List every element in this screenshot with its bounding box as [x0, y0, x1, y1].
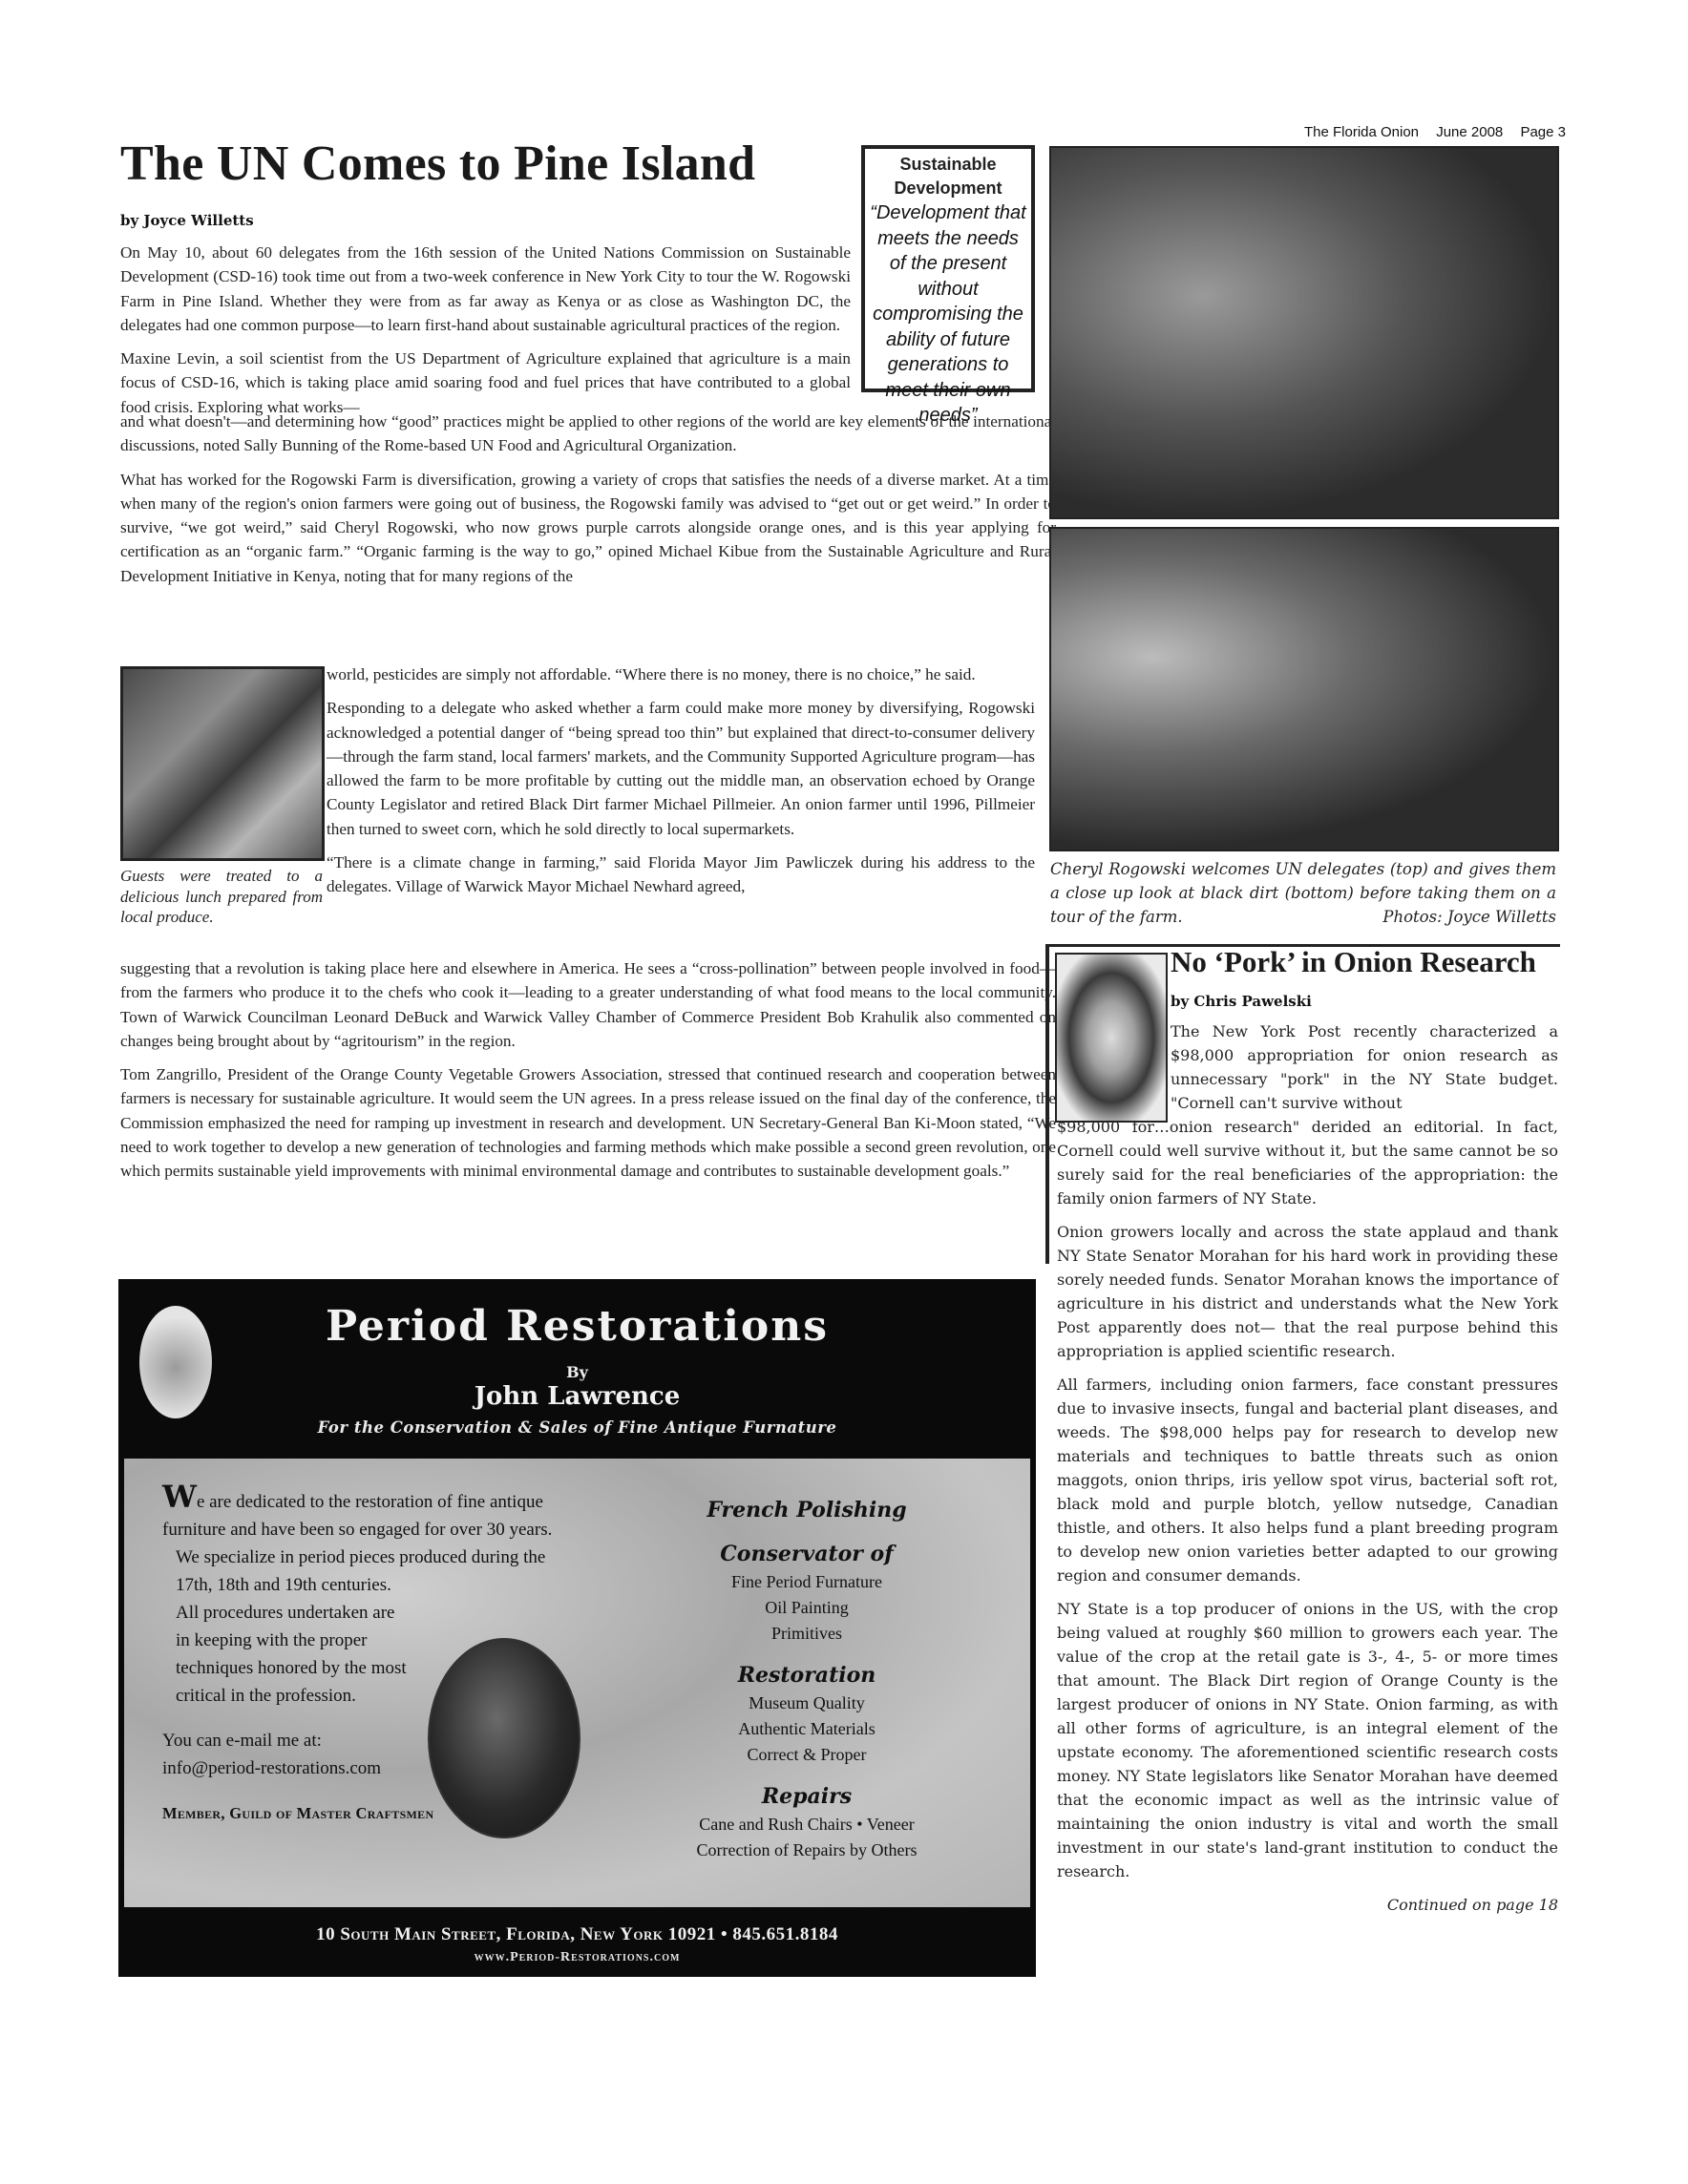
service-item: Fine Period Furnature	[601, 1569, 1012, 1595]
service-group: Repairs Cane and Rush Chairs • Veneer Co…	[601, 1781, 1012, 1863]
article-paragraph: On May 10, about 60 delegates from the 1…	[120, 241, 851, 337]
page-header: The Florida Onion June 2008 Page 3	[1279, 124, 1566, 140]
article-paragraph: Maxine Levin, a soil scientist from the …	[120, 346, 851, 419]
black-dirt-photo	[1049, 527, 1559, 851]
ad-intro: We are dedicated to the restoration of f…	[162, 1487, 573, 1543]
sidebar-border-left	[1045, 944, 1049, 1264]
author-headshot	[1055, 953, 1168, 1123]
quote-box-quote: “Development that meets the needs of the…	[867, 200, 1029, 429]
period-restorations-ad: Period Restorations By John Lawrence For…	[118, 1279, 1036, 1977]
service-heading: Conservator of	[601, 1539, 1012, 1569]
ad-procedures: All procedures undertaken are in keeping…	[162, 1599, 411, 1710]
article-paragraph: $98,000 for…onion research" derided an e…	[1057, 1115, 1558, 1210]
ad-services: French Polishing Conservator of Fine Per…	[601, 1487, 1012, 1877]
ad-title: Period Restorations	[118, 1302, 1036, 1351]
ad-by: By	[118, 1363, 1036, 1381]
service-item: Authentic Materials	[601, 1716, 1012, 1742]
service-group: French Polishing	[601, 1495, 1012, 1525]
publication-name: The Florida Onion	[1304, 124, 1419, 140]
service-item: Cane and Rush Chairs • Veneer	[601, 1812, 1012, 1837]
main-article-byline: by Joyce Willetts	[120, 212, 254, 229]
article-paragraph: Tom Zangrillo, President of the Orange C…	[120, 1062, 1056, 1183]
issue-date: June 2008	[1436, 124, 1503, 140]
page-number: Page 3	[1520, 124, 1566, 140]
ad-website-link[interactable]: www.Period-Restorations.com	[118, 1950, 1036, 1965]
article-paragraph: suggesting that a revolution is taking p…	[120, 956, 1056, 1053]
main-article-wrapped-text: world, pesticides are simply not afforda…	[327, 662, 1035, 909]
lunch-photo	[120, 666, 325, 861]
article-paragraph: NY State is a top producer of onions in …	[1057, 1597, 1558, 1883]
article-paragraph: The New York Post recently characterized…	[1171, 1019, 1558, 1115]
service-item: Oil Painting	[601, 1595, 1012, 1621]
sustainable-development-quote-box: Sustainable Development “Development tha…	[861, 145, 1035, 392]
quote-box-title-line2: Development	[867, 177, 1029, 200]
service-item: Correct & Proper	[601, 1742, 1012, 1768]
article-paragraph: Responding to a delegate who asked wheth…	[327, 696, 1035, 841]
ad-content-panel: We are dedicated to the restoration of f…	[124, 1459, 1030, 1907]
service-item: Primitives	[601, 1621, 1012, 1647]
article-paragraph: All farmers, including onion farmers, fa…	[1057, 1373, 1558, 1587]
service-heading: Restoration	[601, 1660, 1012, 1690]
service-heading: French Polishing	[601, 1495, 1012, 1525]
sidebar-article-byline: by Chris Pawelski	[1171, 993, 1312, 1010]
service-item: Museum Quality	[601, 1690, 1012, 1716]
ad-address: 10 South Main Street, Florida, New York …	[118, 1924, 1036, 1945]
photos-credit: Photos: Joyce Willetts	[1382, 905, 1556, 929]
quote-box-title-line1: Sustainable	[867, 153, 1029, 177]
main-article-intro: On May 10, about 60 delegates from the 1…	[120, 241, 851, 429]
ad-dropcap: W	[162, 1479, 197, 1515]
service-item: Correction of Repairs by Others	[601, 1837, 1012, 1863]
sidebar-article-body: $98,000 for…onion research" derided an e…	[1057, 1115, 1558, 1917]
continued-link[interactable]: Continued on page 18	[1057, 1893, 1558, 1917]
sidebar-article-lead: The New York Post recently characterized…	[1171, 1019, 1558, 1124]
article-paragraph: Onion growers locally and across the sta…	[1057, 1220, 1558, 1363]
article-paragraph: and what doesn't—and determining how “go…	[120, 409, 1056, 458]
sidebar-article-title: No ‘Pork’ in Onion Research	[1171, 945, 1536, 979]
main-article-middle: and what doesn't—and determining how “go…	[120, 409, 1056, 598]
delegates-welcome-photo	[1049, 146, 1559, 519]
service-group: Restoration Museum Quality Authentic Mat…	[601, 1660, 1012, 1768]
article-paragraph: What has worked for the Rogowski Farm is…	[120, 468, 1056, 588]
craftsman-oval-photo	[428, 1638, 580, 1838]
article-paragraph: world, pesticides are simply not afforda…	[327, 662, 1035, 686]
service-group: Conservator of Fine Period Furnature Oil…	[601, 1539, 1012, 1647]
main-article-title: The UN Comes to Pine Island	[120, 136, 755, 192]
photos-caption: Cheryl Rogowski welcomes UN delegates (t…	[1050, 857, 1556, 929]
main-article-conclusion: suggesting that a revolution is taking p…	[120, 956, 1056, 1193]
ad-tagline: For the Conservation & Sales of Fine Ant…	[118, 1418, 1036, 1437]
ad-proprietor: John Lawrence	[118, 1382, 1036, 1411]
ad-specialize: We specialize in period pieces produced …	[162, 1543, 573, 1599]
article-paragraph: “There is a climate change in farming,” …	[327, 850, 1035, 899]
lunch-photo-caption: Guests were treated to a delicious lunch…	[120, 866, 323, 928]
service-heading: Repairs	[601, 1781, 1012, 1812]
